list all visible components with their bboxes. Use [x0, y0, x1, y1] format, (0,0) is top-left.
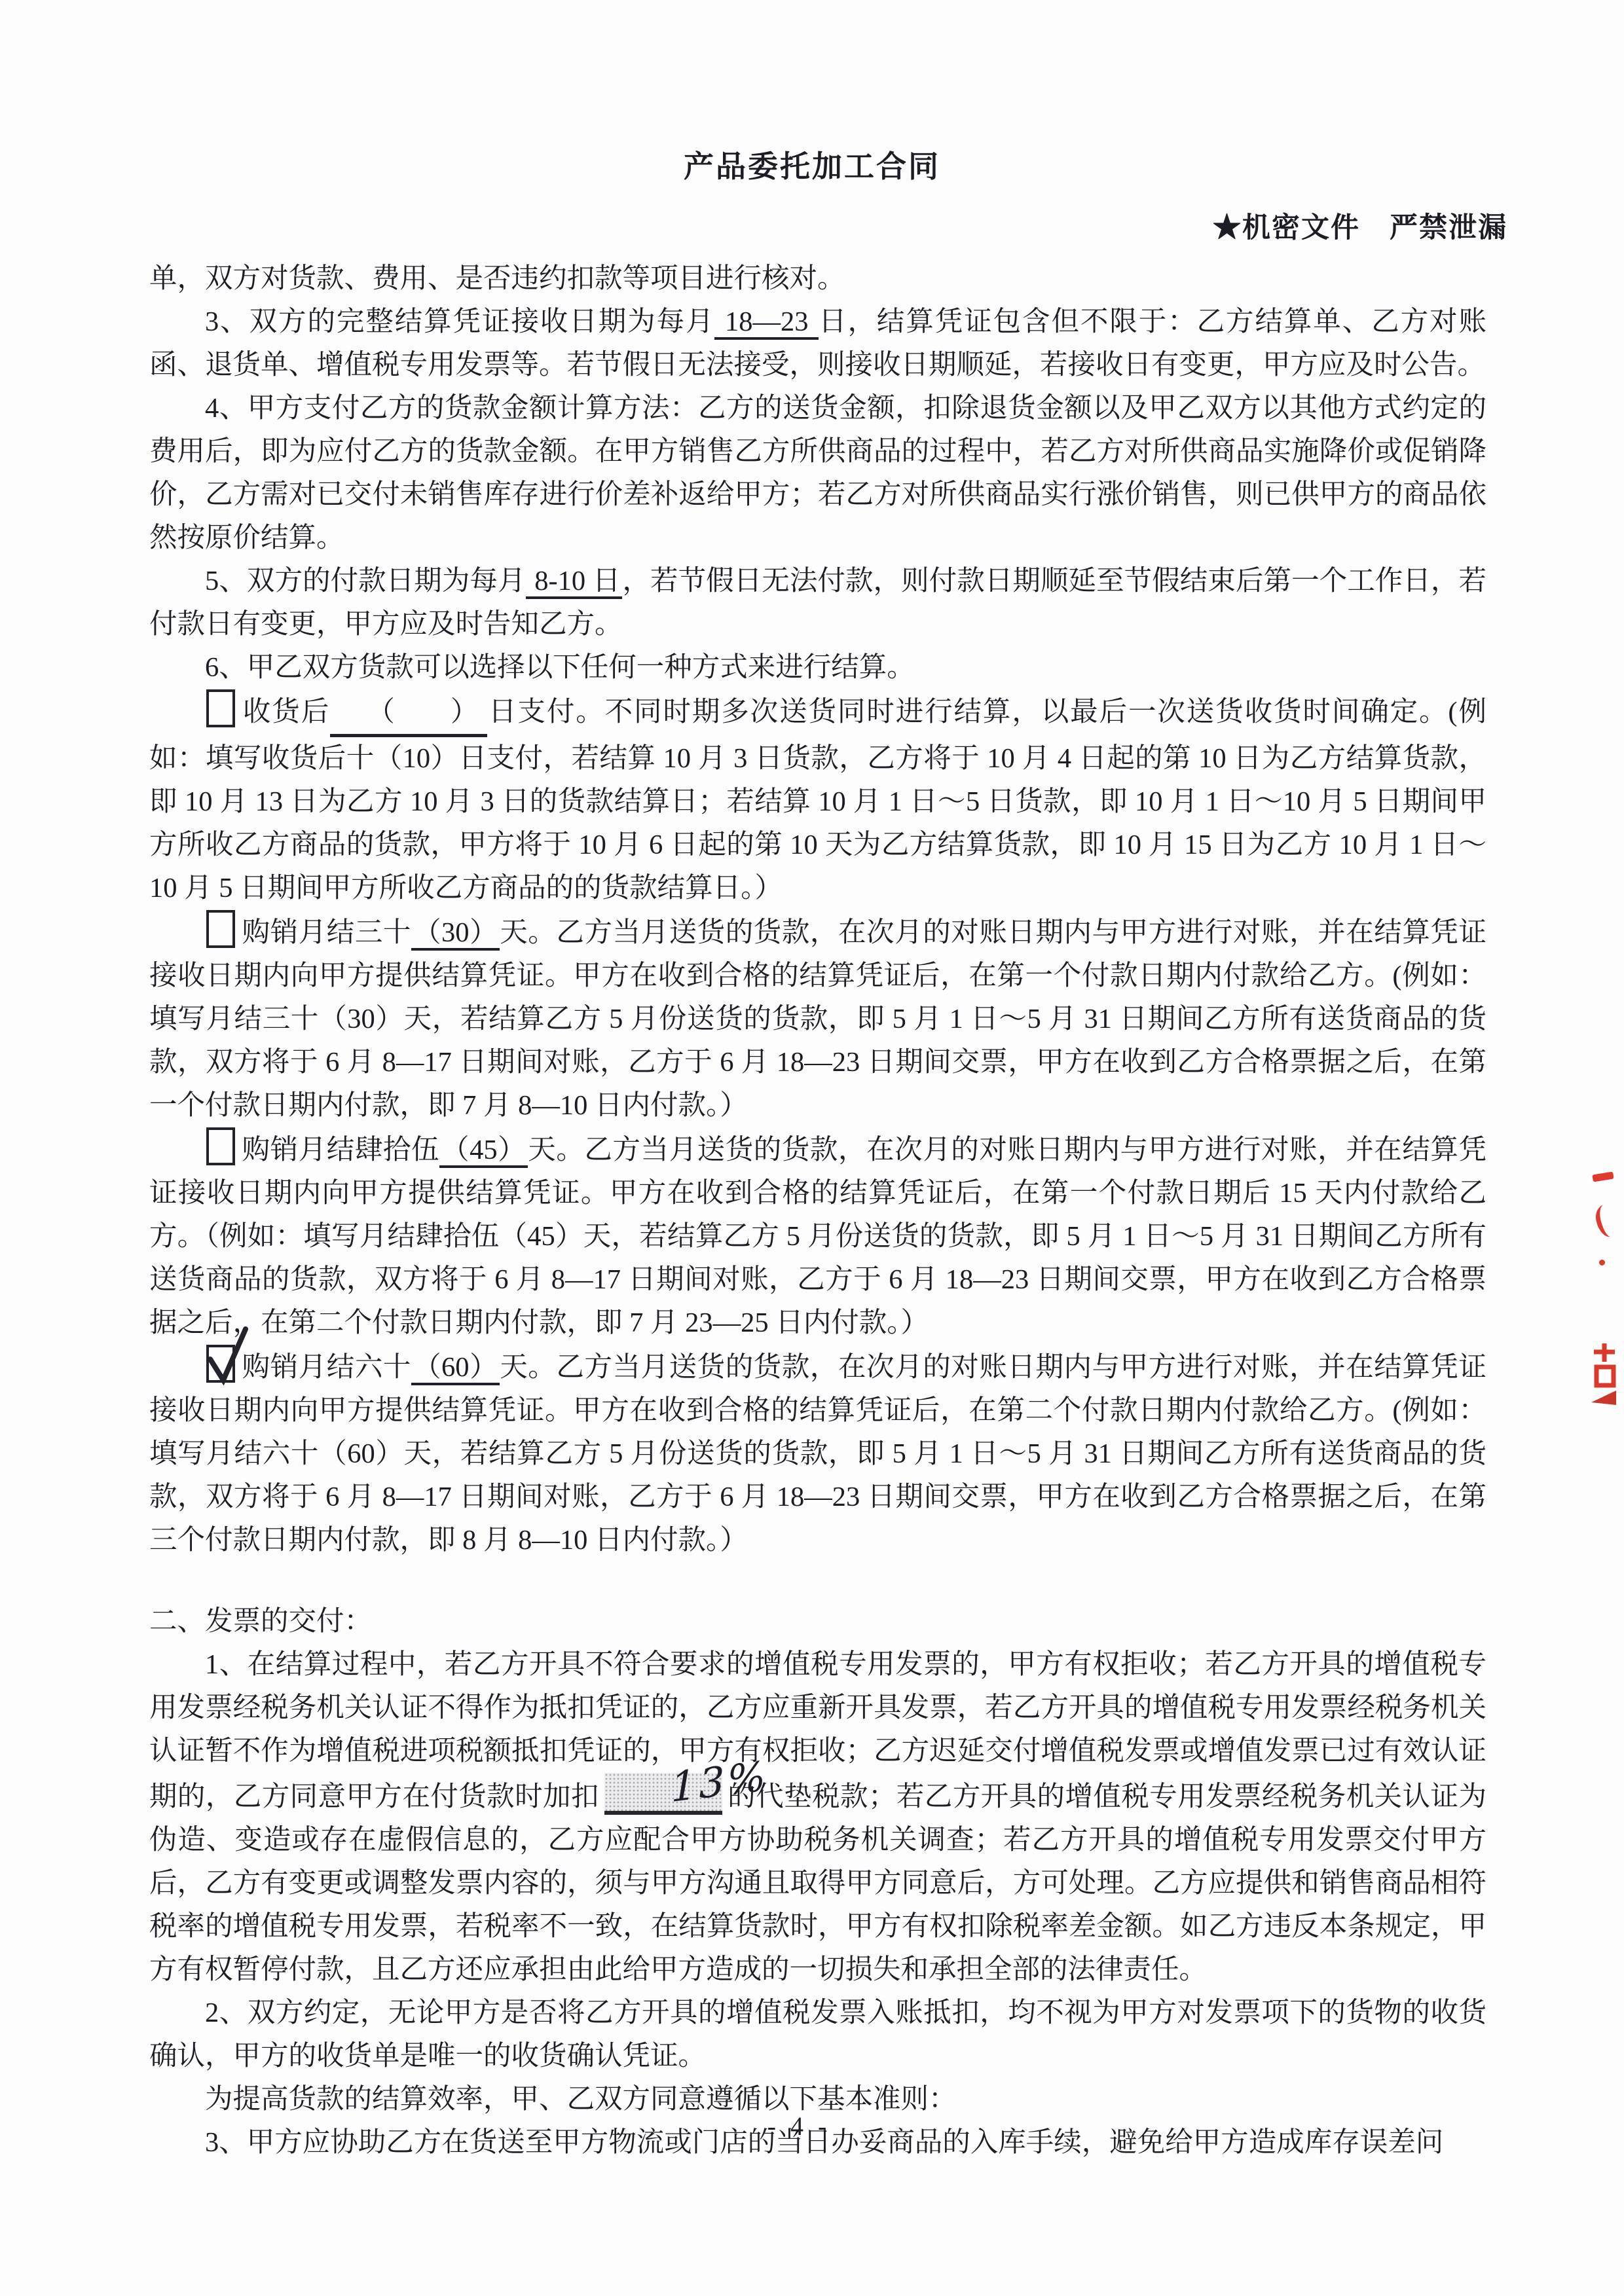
option-pay-after-receipt: 收货后 （ ） 日支付。不同时期多次送货同时进行结算，以最后一次送货收货时间确定… — [149, 689, 1486, 910]
page-title: 产品委托加工合同 — [0, 0, 1624, 186]
clause-text: 5、双方的付款日期为每月 — [205, 566, 526, 596]
clause-text: 2、双方约定，无论甲方是否将乙方开具的增值税发票入账抵扣，均不视为甲方对发票项下… — [149, 1997, 1486, 2071]
clause-text: 收货后 — [242, 697, 330, 727]
clause-text: 购销月结肆拾伍 — [242, 1135, 439, 1165]
clause-text: 二、发票的交付： — [149, 1606, 372, 1637]
section-2-invoice-delivery: 二、发票的交付： — [149, 1600, 1486, 1643]
blank-fill-in-field: （ ） — [330, 691, 487, 737]
stamp-seal-fragment — [1589, 1342, 1617, 1408]
underlined-value: （60） — [411, 1352, 500, 1385]
clause-text: 购销月结三十 — [242, 917, 411, 948]
underlined-value: （30） — [411, 917, 500, 951]
contract-page-scan: 产品委托加工合同 ★机密文件 严禁泄漏 单，双方对货款、费用、是否违约扣款等项目… — [0, 0, 1624, 2296]
option-monthly-30-days: 购销月结三十（30）天。乙方当月送货的货款，在次月的对账日期内与甲方进行对账，并… — [149, 910, 1486, 1127]
option-checkbox-checked-icon — [206, 1345, 235, 1383]
stamp-curve-mark — [1593, 1203, 1619, 1239]
option-monthly-45-days: 购销月结肆拾伍（45）天。乙方当月送货的货款，在次月的对账日期内与甲方进行对账，… — [149, 1127, 1486, 1345]
red-stamp-marks — [1587, 1171, 1621, 1419]
clause-text: 单，双方对货款、费用、是否违约扣款等项目进行核对。 — [149, 263, 845, 294]
clause-text: 6、甲乙双方货款可以选择以下任何一种方式来进行结算。 — [205, 652, 915, 683]
option-monthly-60-days: 购销月结六十（60）天。乙方当月送货的货款，在次月的对账日期内与甲方进行对账，并… — [149, 1345, 1486, 1562]
stamp-dot-mark — [1599, 1260, 1605, 1266]
clause-text: 为提高货款的结算效率，甲、乙双方同意遵循以下基本准则： — [205, 2084, 957, 2115]
invoice-clause-2: 2、双方约定，无论甲方是否将乙方开具的增值税发票入账抵扣，均不视为甲方对发票项下… — [149, 1992, 1486, 2078]
option-checkbox-empty-icon — [206, 689, 235, 727]
stamp-dash-mark — [1592, 1172, 1614, 1182]
clause-2-continuation: 单，双方对货款、费用、是否违约扣款等项目进行核对。 — [149, 257, 1486, 301]
underlined-value: 8-10 日 — [526, 566, 623, 599]
document-body: 单，双方对货款、费用、是否违约扣款等项目进行核对。3、双方的完整结算凭证接收日期… — [149, 257, 1486, 2164]
clause-4-payment-calculation: 4、甲方支付乙方的货款金额计算方法：乙方的送货金额，扣除退货金额以及甲乙双方以其… — [149, 387, 1486, 560]
underlined-value: （45） — [439, 1135, 528, 1168]
clause-text: 购销月结六十 — [242, 1352, 411, 1383]
clause-3-settlement-voucher: 3、双方的完整结算凭证接收日期为每月 18—23 日，结算凭证包含但不限于：乙方… — [149, 301, 1486, 387]
option-checkbox-empty-icon — [206, 910, 235, 948]
clause-6-settlement-methods: 6、甲乙双方货款可以选择以下任何一种方式来进行结算。 — [149, 646, 1486, 689]
clause-5-payment-date: 5、双方的付款日期为每月 8-10 日，若节假日无法付款，则付款日期顺延至节假结… — [149, 560, 1486, 646]
classification-notice: ★机密文件 严禁泄漏 — [0, 206, 1624, 246]
handwritten-checkmark-icon — [204, 1325, 253, 1385]
clause-text: 3、双方的完整结算凭证接收日期为每月 — [205, 306, 714, 337]
clause-text: 4、甲方支付乙方的货款金额计算方法：乙方的送货金额，扣除退货金额以及甲乙双方以其… — [149, 393, 1486, 553]
option-checkbox-empty-icon — [206, 1127, 235, 1165]
invoice-clause-1: 1、在结算过程中，若乙方开具不符合要求的增值税专用发票的，甲方有权拒收；若乙方开… — [149, 1643, 1486, 1992]
page-number: - 4 - — [0, 2111, 1598, 2141]
handwritten-tax-rate: 13% — [604, 1773, 722, 1815]
underlined-value: 18—23 — [714, 306, 819, 340]
